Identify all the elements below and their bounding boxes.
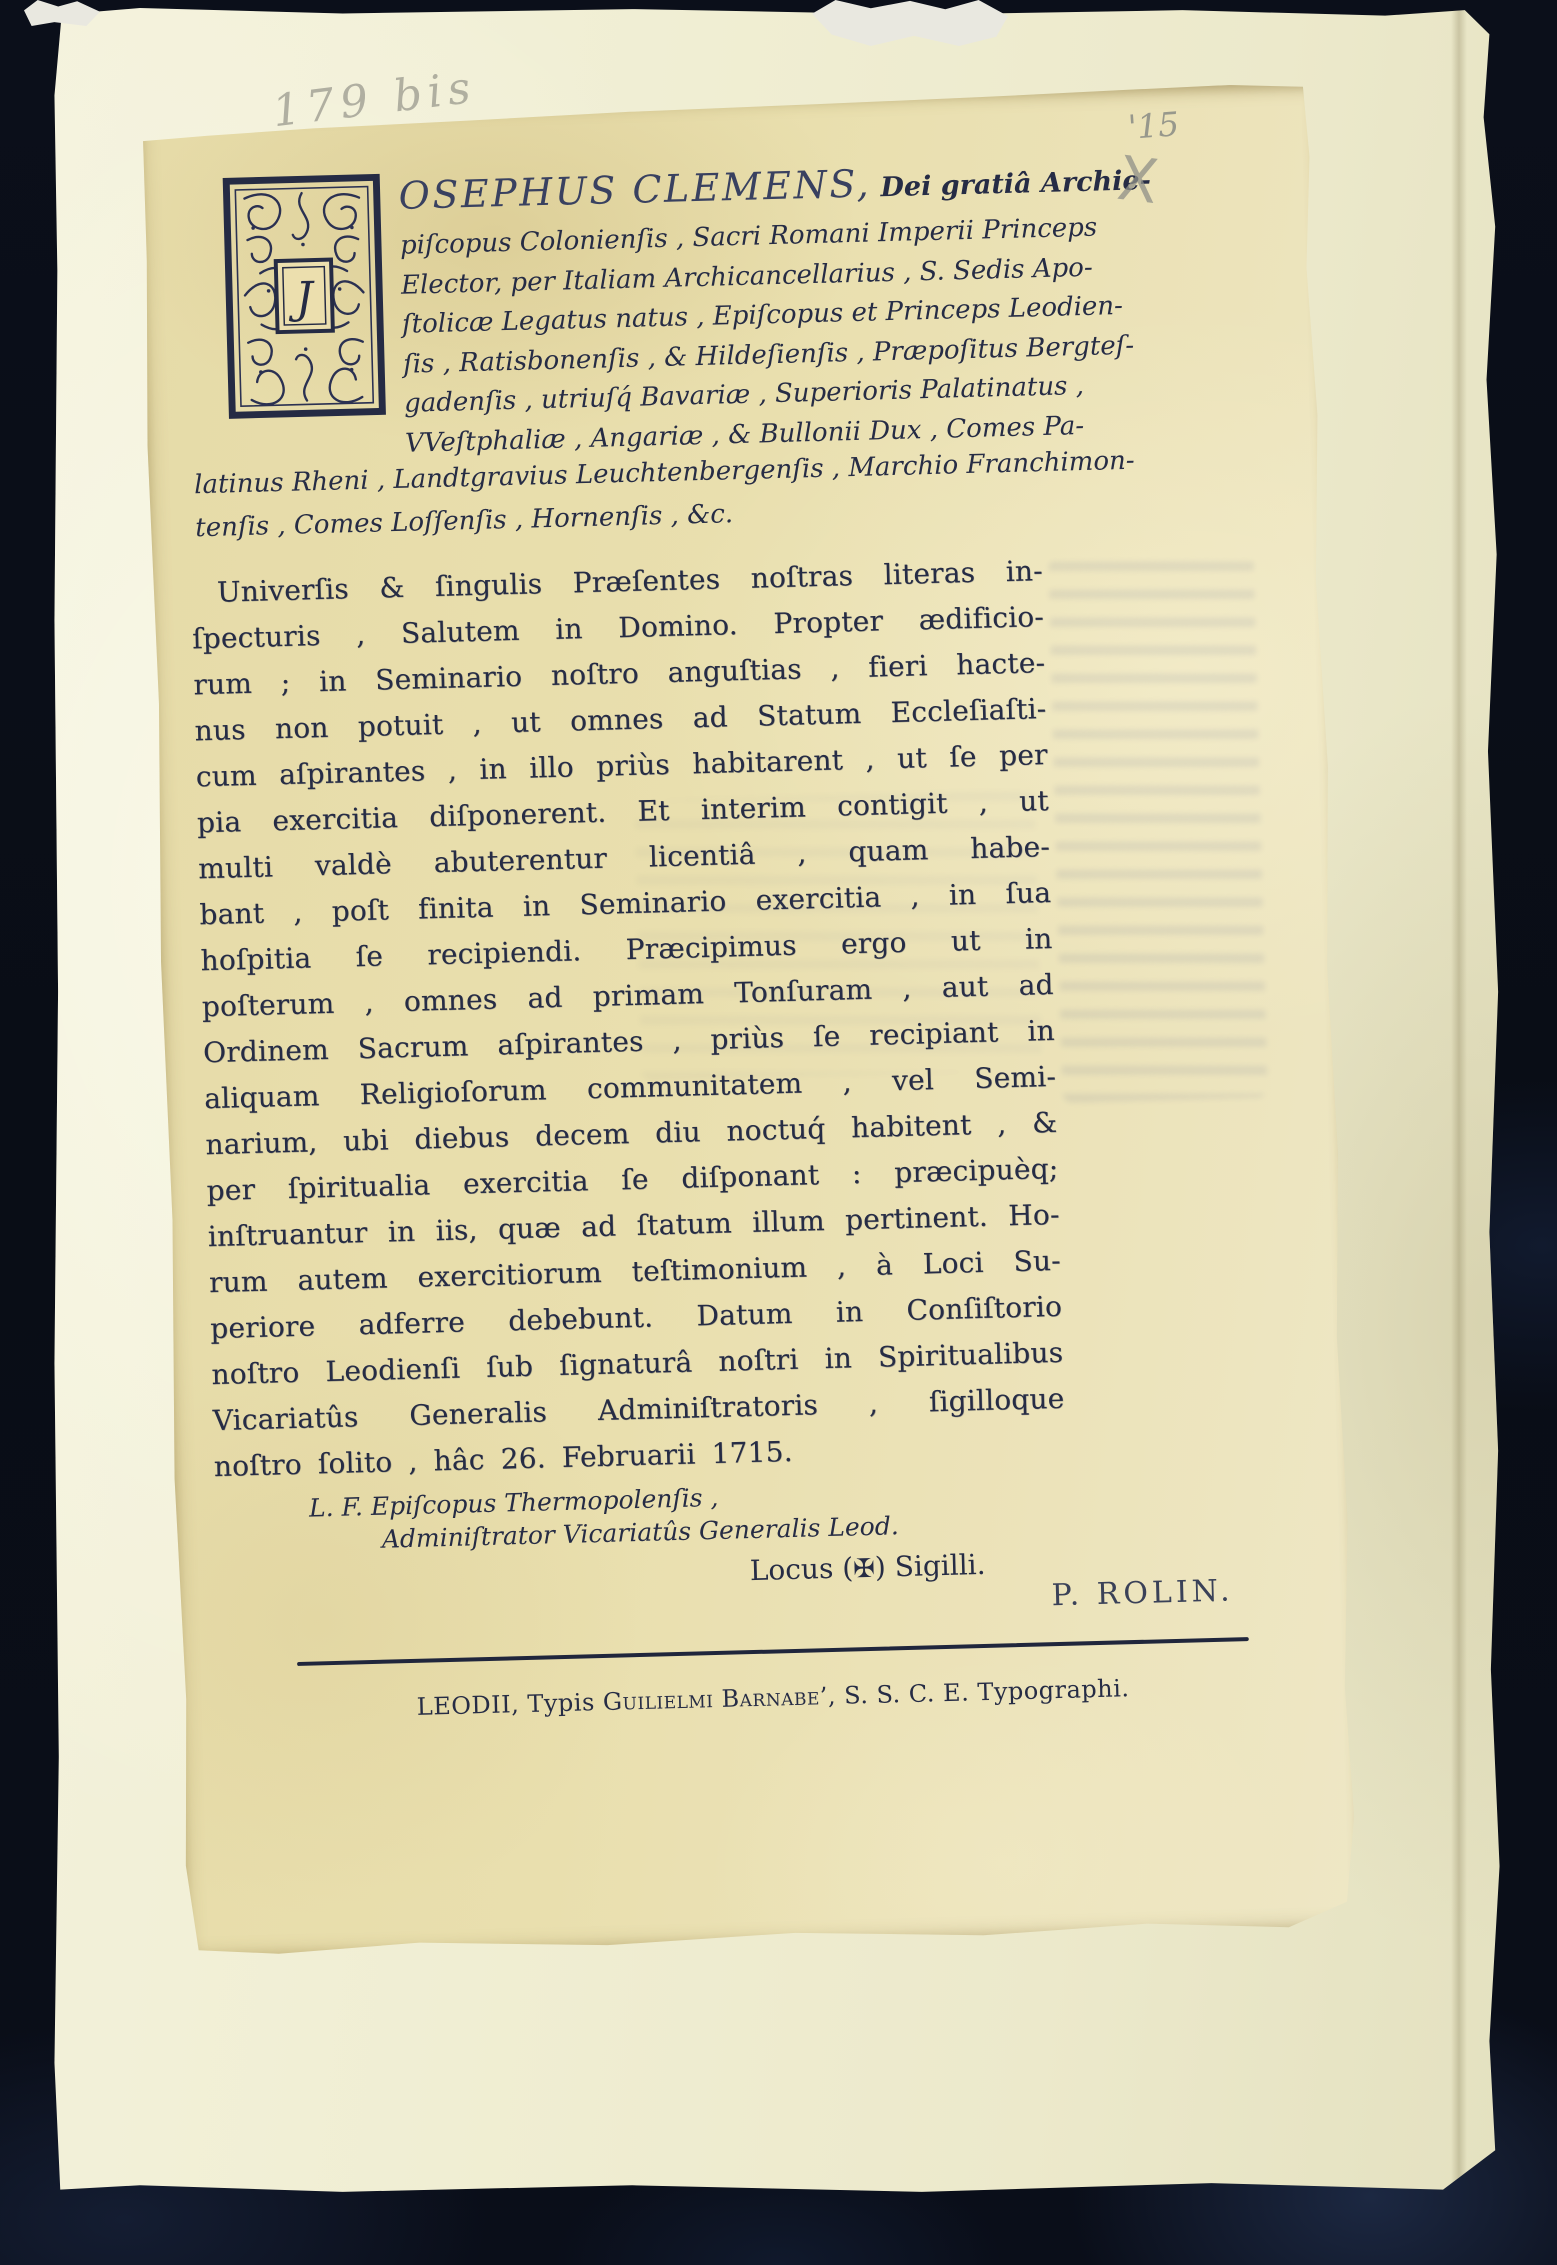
ghost-showthrough-right — [1048, 553, 1267, 1103]
signature-block: L. F. Epiſcopus Thermopolenſis , Adminiſ… — [309, 1476, 900, 1557]
divider-rule — [297, 1637, 1249, 1666]
imprint-place: LEODII, — [416, 1690, 519, 1721]
printer-signature: P. ROLIN. — [1051, 1573, 1234, 1613]
masthead-title-rest: Dei gratiâ Archie- — [871, 165, 1151, 203]
masthead-name: OSEPHUS CLEMENS, — [398, 161, 871, 217]
scanned-document-page: J OSEPHUS CLEMENS, Dei gratiâ Archie- pi… — [0, 0, 1557, 2265]
pencil-number: '15 — [1127, 104, 1181, 146]
ghost-showthrough-body — [635, 790, 1042, 1080]
masthead-wide: latinus Rheni , Landtgravius Leuchtenber… — [194, 441, 1096, 551]
imprint-rest: S. S. C. E. Typographi. — [836, 1674, 1130, 1710]
imprint-printer-name: Guilielmi Barnabe’, — [603, 1682, 837, 1716]
initial-woodcut: J — [222, 171, 386, 421]
seal-line-pre: Locus ( — [749, 1551, 853, 1587]
maltese-cross-icon: ✠ — [853, 1554, 876, 1585]
imprint-typis: Typis — [519, 1688, 603, 1718]
seal-line: Locus (✠) Sigilli. — [749, 1548, 986, 1587]
document-sheet: J OSEPHUS CLEMENS, Dei gratiâ Archie- pi… — [136, 83, 1359, 1958]
seal-line-post: ) Sigilli. — [874, 1548, 985, 1584]
masthead: OSEPHUS CLEMENS, Dei gratiâ Archie- piſc… — [398, 156, 1065, 464]
imprint-line: LEODII, Typis Guilielmi Barnabe’, S. S. … — [278, 1671, 1268, 1725]
